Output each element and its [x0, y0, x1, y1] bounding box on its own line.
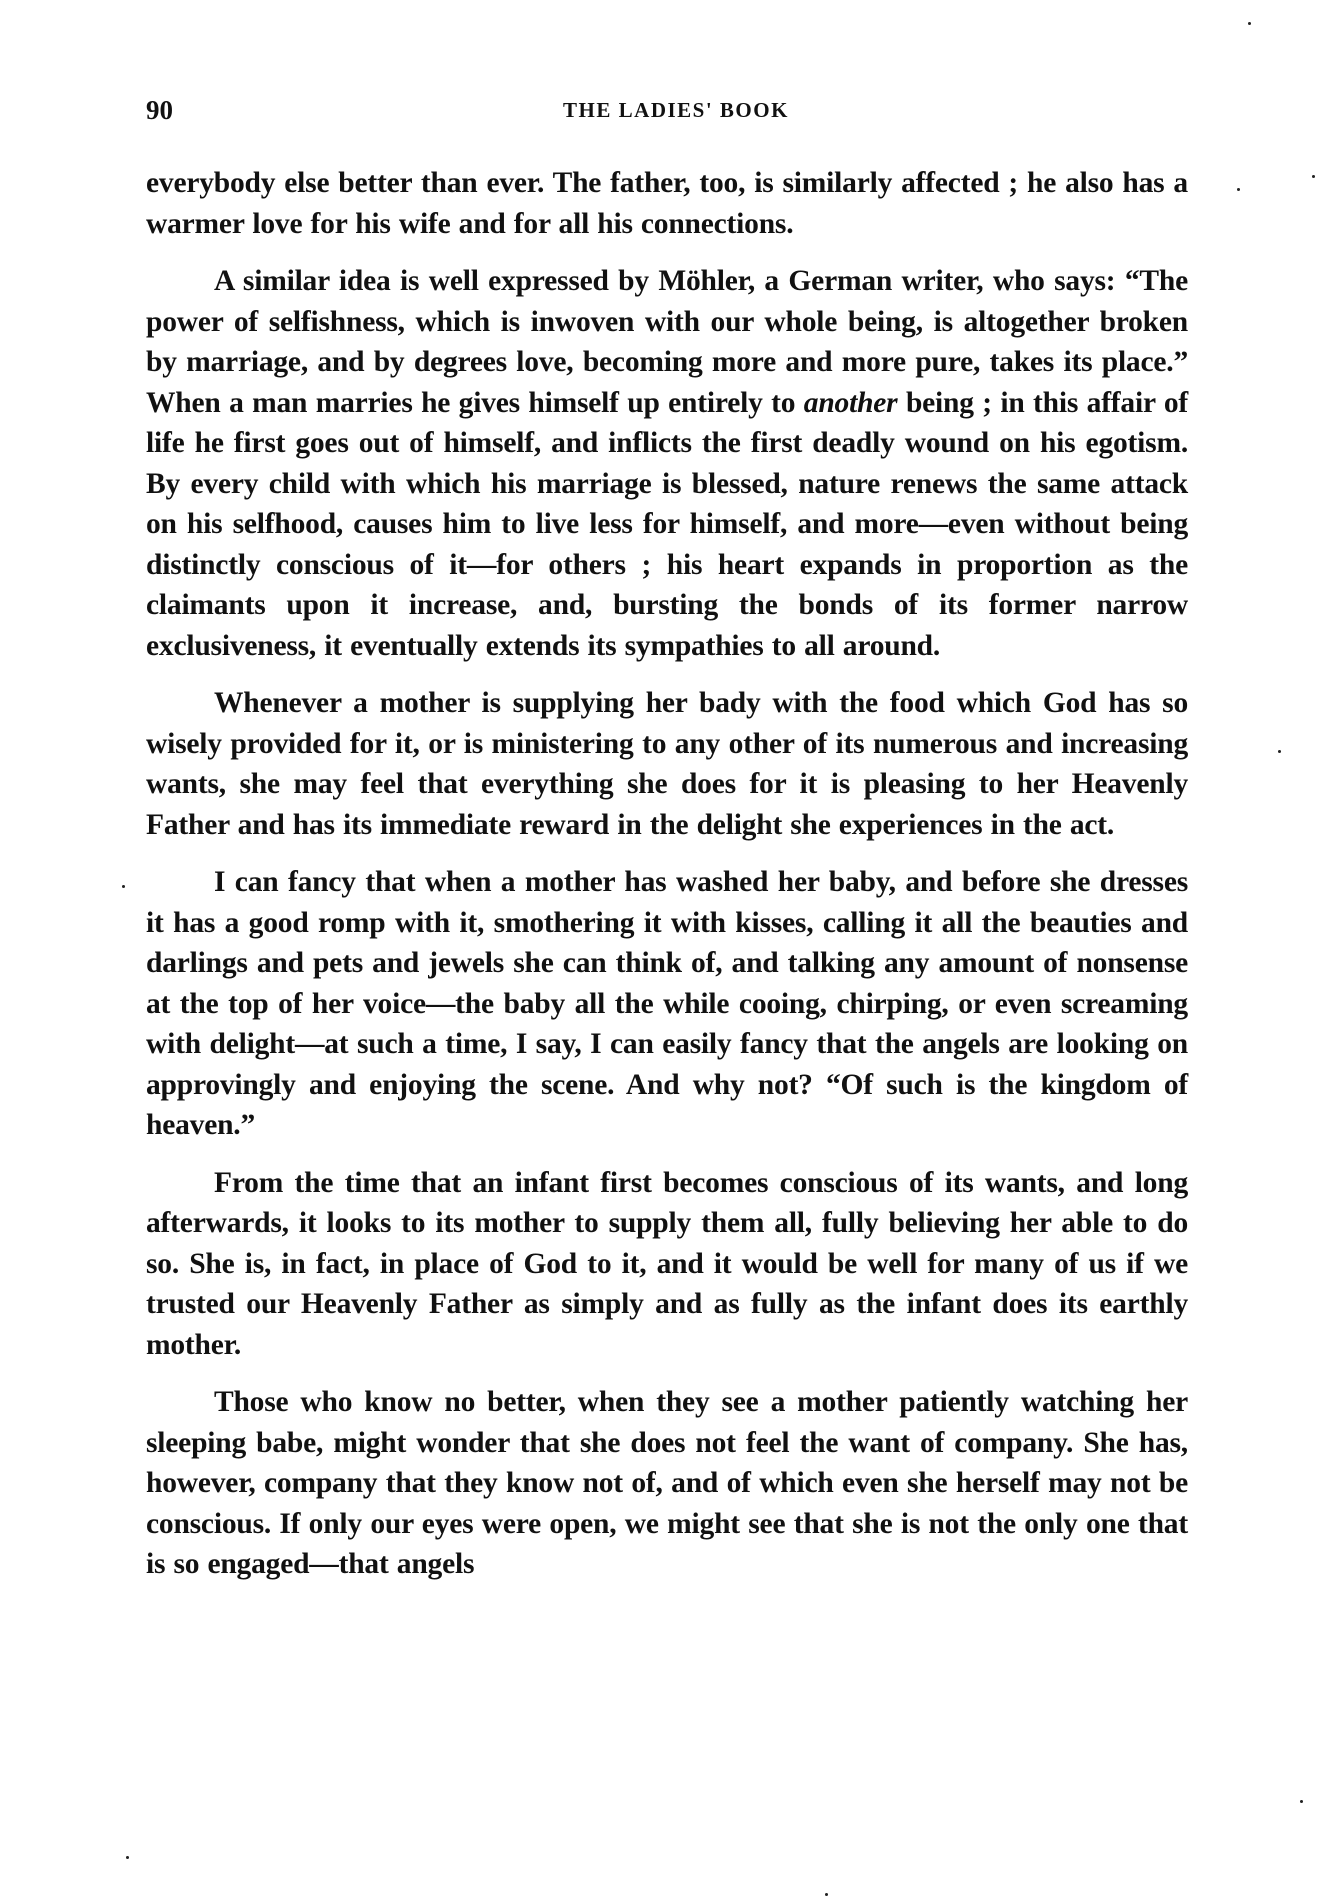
text-run: Those who know no better, when they see … — [146, 1386, 1188, 1580]
italic-text: another — [804, 387, 898, 419]
page-header: 90 THE LADIES' BOOK — [146, 92, 1188, 128]
text-run: being ; in this affair of life he first … — [146, 387, 1188, 662]
text-run: From the time that an infant first becom… — [146, 1167, 1188, 1361]
scan-speck — [1248, 22, 1251, 25]
scan-speck — [1278, 750, 1281, 753]
paragraph: From the time that an infant first becom… — [146, 1163, 1188, 1366]
paragraph: everybody else better than ever. The fat… — [146, 163, 1188, 244]
running-head: THE LADIES' BOOK — [146, 92, 1188, 128]
scan-speck — [1237, 188, 1240, 191]
scan-speck — [825, 1893, 828, 1896]
text-run: everybody else better than ever. The fat… — [146, 167, 1188, 240]
paragraph: Whenever a mother is supplying her bady … — [146, 683, 1188, 845]
paragraph: A similar idea is well expressed by Möhl… — [146, 261, 1188, 666]
scan-speck — [126, 1856, 129, 1859]
paragraph: I can fancy that when a mother has washe… — [146, 862, 1188, 1146]
body-text: everybody else better than ever. The fat… — [146, 163, 1188, 1602]
paragraph: Those who know no better, when they see … — [146, 1382, 1188, 1585]
scan-speck — [1300, 1800, 1303, 1803]
text-run: I can fancy that when a mother has washe… — [146, 866, 1188, 1141]
scan-speck — [1312, 175, 1315, 178]
scan-speck — [122, 885, 125, 888]
text-run: Whenever a mother is supplying her bady … — [146, 687, 1188, 841]
